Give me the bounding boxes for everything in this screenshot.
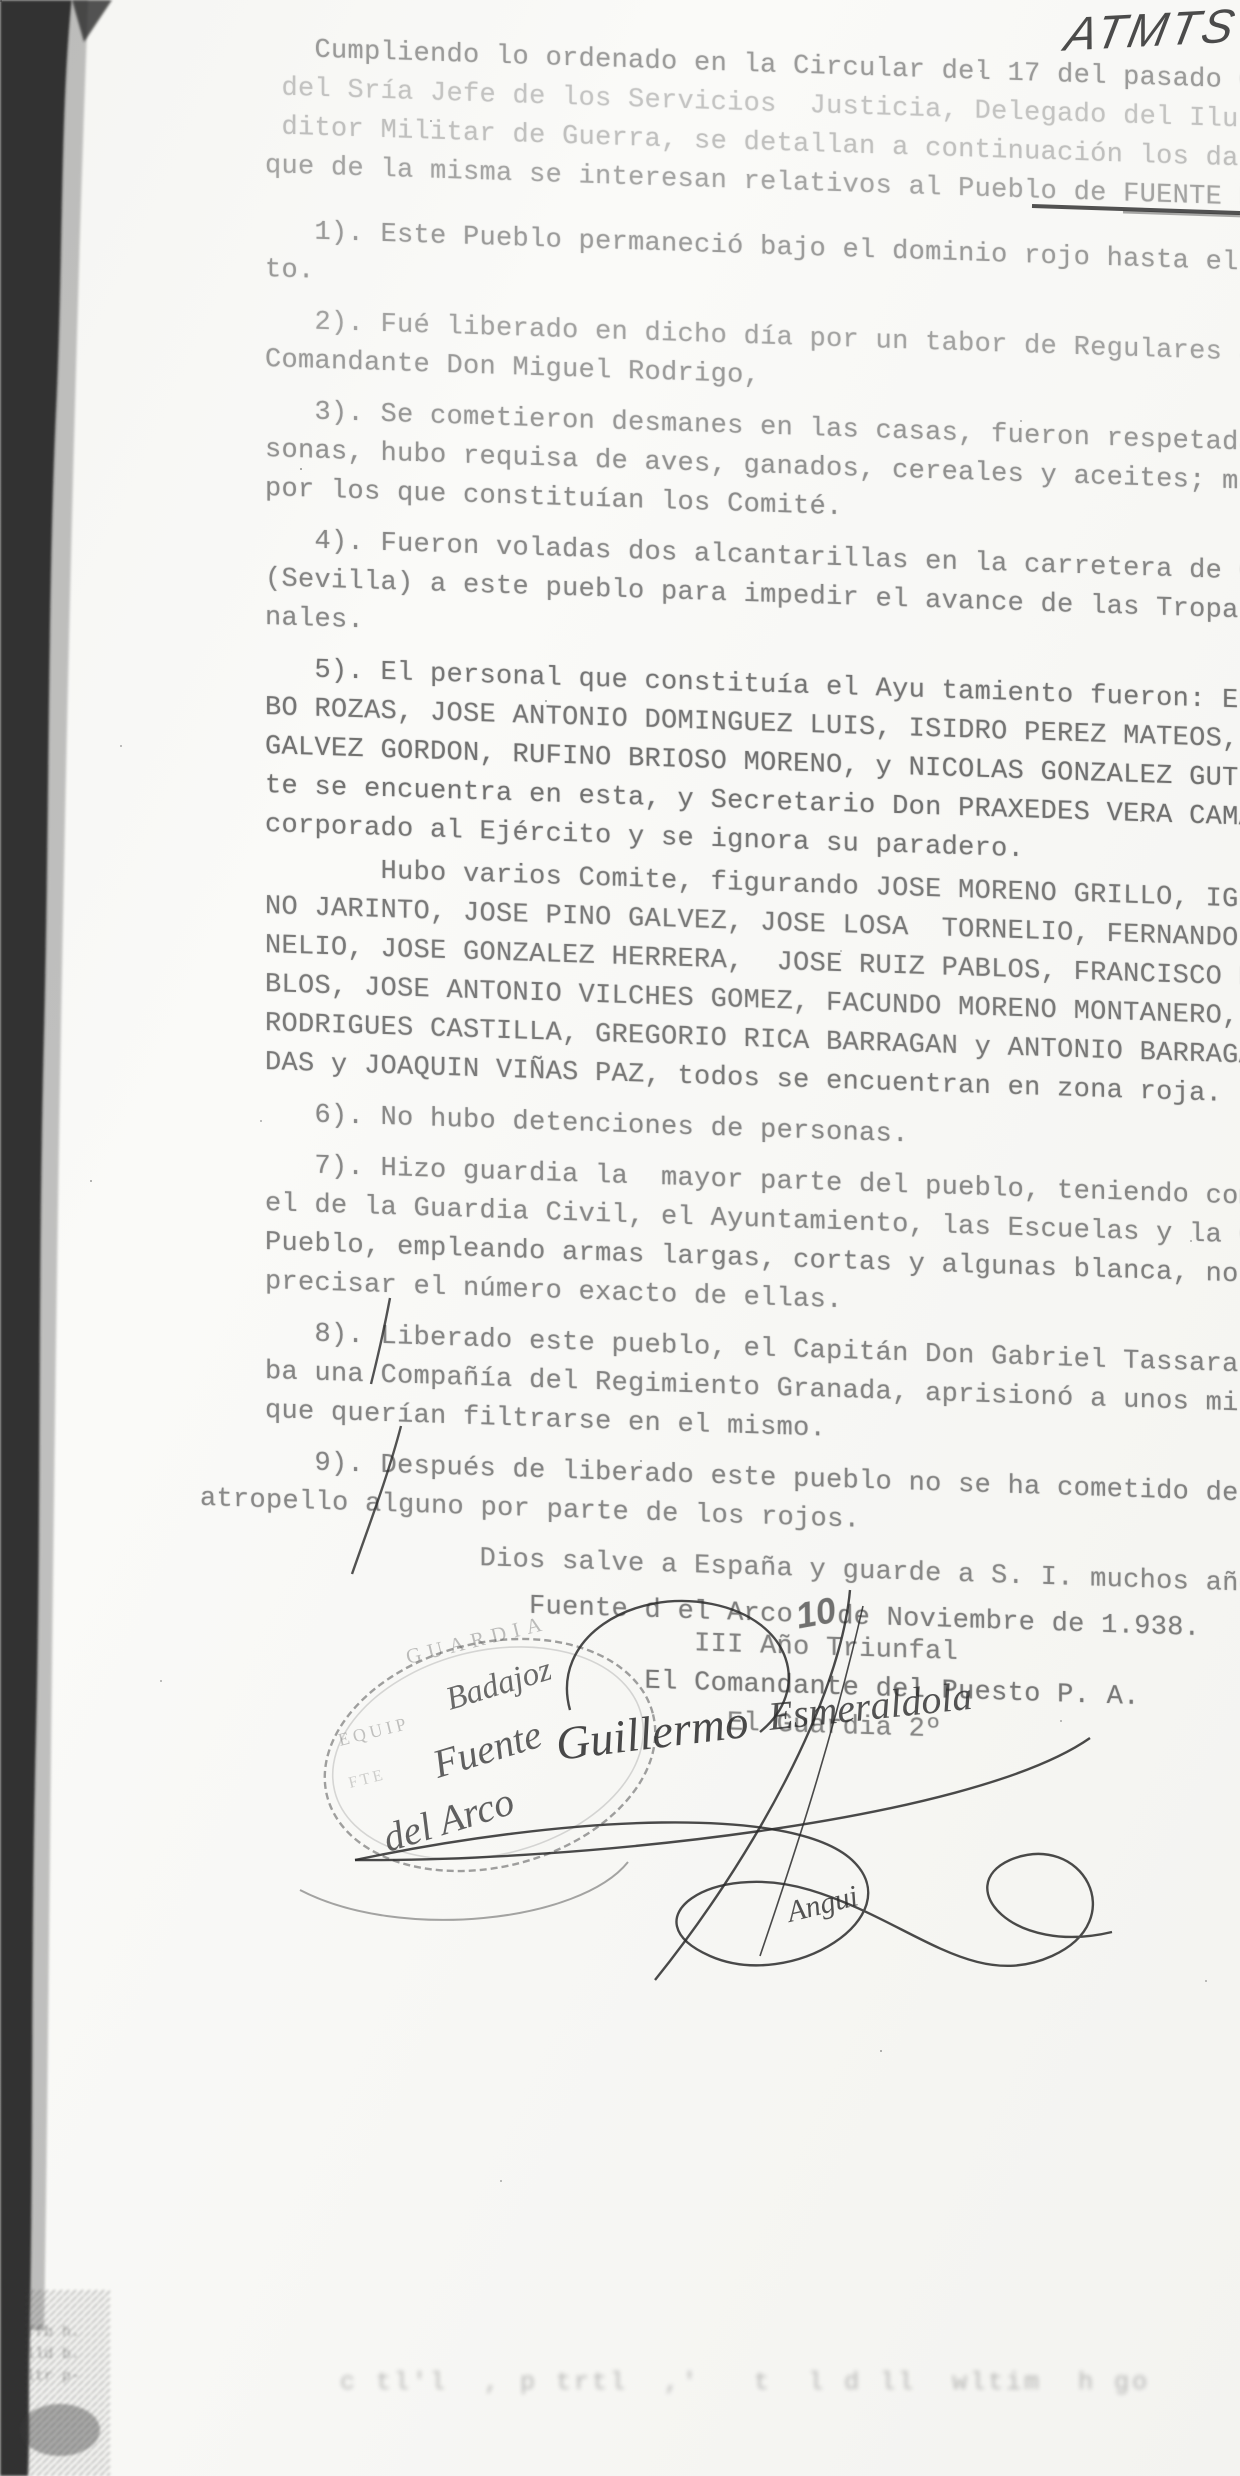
typewritten-text: Cumpliendo lo ordenado en la Circular de… <box>265 30 1240 1774</box>
scan-noise <box>0 0 2 2</box>
scanned-document-page: ATMTS Cumpliendo lo ordenado en la Circu… <box>0 0 1240 2476</box>
typed-text-segment: nales. <box>265 603 364 636</box>
handwritten-archive-note: ATMTS <box>1061 0 1240 62</box>
scan-edge-artifact <box>0 0 160 2476</box>
signature-rubric-word: Angui <box>782 1879 861 1929</box>
bleed-through-text: c tl'l , p trtl ,' t l d ll wltim h go <box>340 2368 1240 2397</box>
svg-text:FTE: FTE <box>347 1766 387 1792</box>
underlined-town-name: FUENTE DEL <box>1123 179 1240 218</box>
typed-text-segment: to. <box>265 255 315 287</box>
typed-text-segment: 6). No hubo detenciones de personas. <box>265 1099 909 1150</box>
bleed-through-text-left: ffb h. lld b. ltr p- <box>26 2322 196 2388</box>
svg-text:del Arco: del Arco <box>377 1778 519 1860</box>
